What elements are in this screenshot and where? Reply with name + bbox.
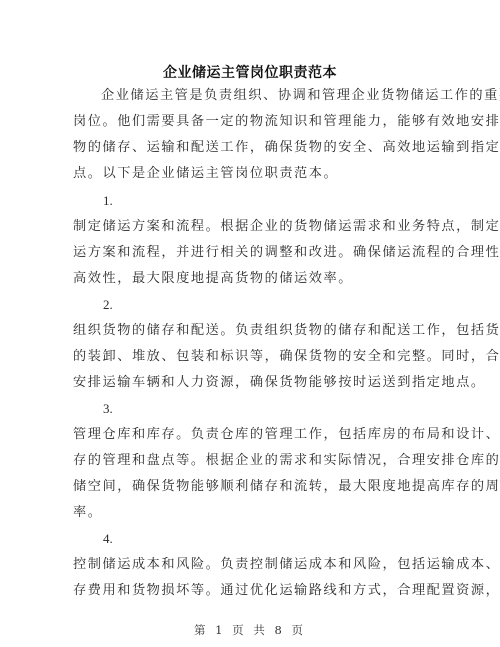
- section-line: 存费用和货物损坏等。通过优化运输路线和方式，合理配置资源，降: [73, 582, 418, 600]
- document-title: 企业储运主管岗位职责范本: [0, 62, 500, 82]
- intro-line: 岗位。他们需要具备一定的物流知识和管理能力，能够有效地安排货: [73, 113, 418, 131]
- section-line: 率。: [73, 504, 418, 522]
- intro-line: 物的储存、运输和配送工作，确保货物的安全、高效地运输到指定地: [73, 139, 418, 157]
- section-line: 的装卸、堆放、包装和标识等，确保货物的安全和完整。同时，合理: [73, 348, 418, 366]
- intro-line: 点。以下是企业储运主管岗位职责范本。: [73, 165, 418, 183]
- section-number: 2.: [103, 296, 113, 314]
- section-line: 控制储运成本和风险。负责控制储运成本和风险，包括运输成本、储: [73, 556, 418, 574]
- section-line: 安排运输车辆和人力资源，确保货物能够按时运送到指定地点。: [73, 374, 418, 392]
- section-line: 组织货物的储存和配送。负责组织货物的储存和配送工作，包括货物: [73, 322, 418, 340]
- section-line: 储空间，确保货物能够顺利储存和流转，最大限度地提高库存的周转: [73, 478, 418, 496]
- section-line: 管理仓库和库存。负责仓库的管理工作，包括库房的布局和设计、库: [73, 426, 418, 444]
- section-number: 1.: [103, 192, 113, 210]
- page-footer: 第 1 页 共 8 页: [0, 622, 500, 638]
- section-line: 高效性，最大限度地提高货物的储运效率。: [73, 270, 418, 288]
- section-line: 制定储运方案和流程。根据企业的货物储运需求和业务特点，制定储: [73, 218, 418, 236]
- intro-line: 企业储运主管是负责组织、协调和管理企业货物储运工作的重要: [101, 87, 418, 105]
- section-number: 4.: [103, 530, 113, 548]
- section-line: 存的管理和盘点等。根据企业的需求和实际情况，合理安排仓库的存: [73, 452, 418, 470]
- section-number: 3.: [103, 400, 113, 418]
- section-line: 运方案和流程，并进行相关的调整和改进。确保储运流程的合理性和: [73, 244, 418, 262]
